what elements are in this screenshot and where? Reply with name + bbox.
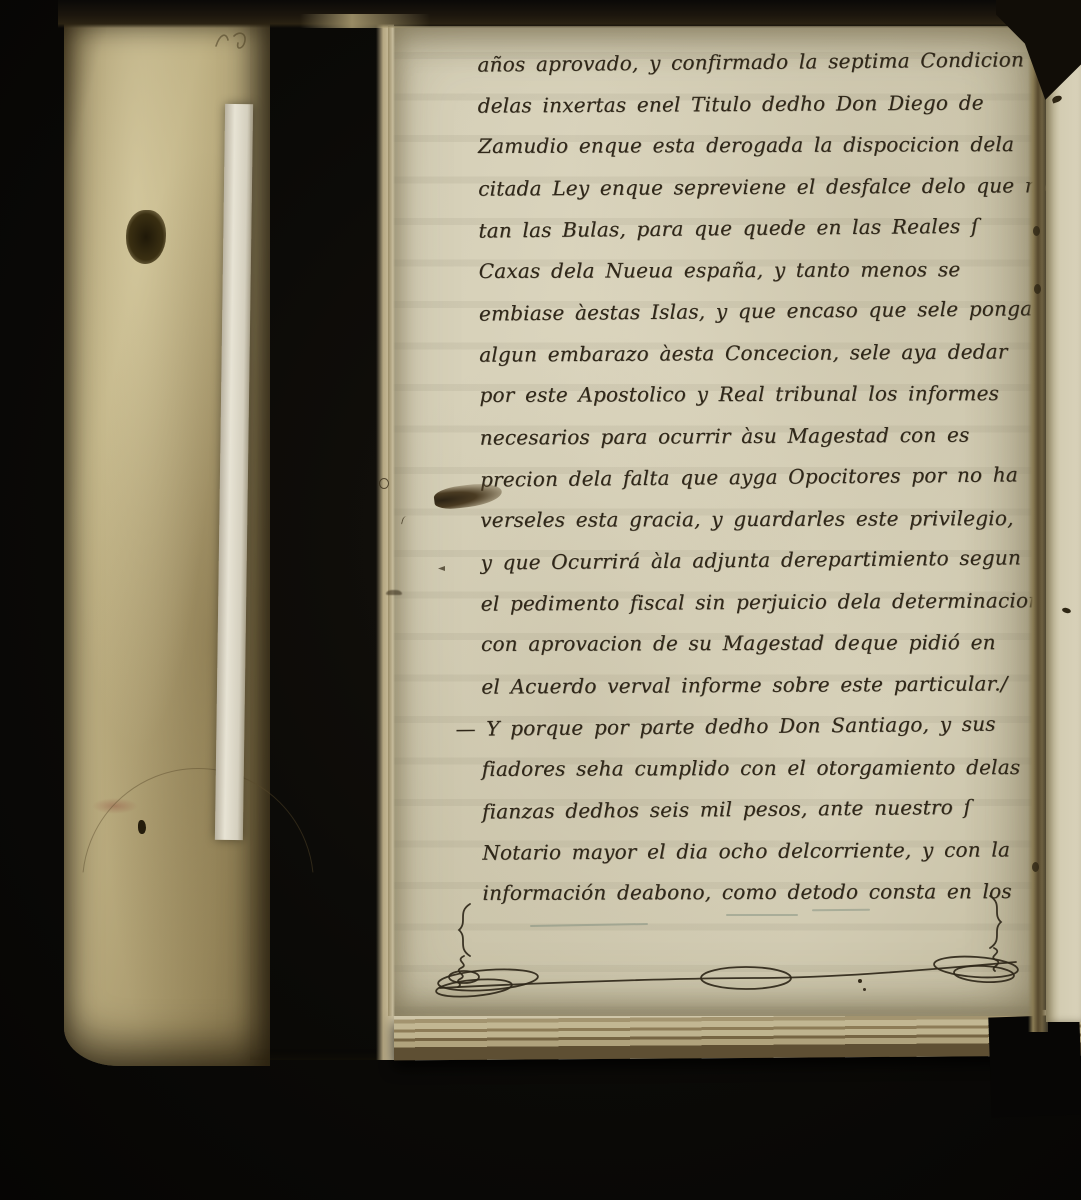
- manuscript-line: algun embarazo àesta Concecion, sele aya…: [479, 331, 1019, 376]
- gutter-crease: [1028, 0, 1048, 1032]
- manuscript-line: con aprovacion de su Magestad deque pidi…: [481, 622, 1021, 665]
- manuscript-line: precion dela falta que ayga Opocitores p…: [480, 454, 1020, 501]
- cover-hole-stain: [126, 210, 166, 264]
- manuscript-line: citada Ley enque sepreviene el desfalce …: [478, 165, 1018, 210]
- manuscript-line: Caxas dela Nueua españa, y tanto menos s…: [479, 249, 1019, 292]
- manuscript-page: años aprovado, y confirmado la septima C…: [388, 26, 1040, 1016]
- manuscript-line: el pedimento fiscal sin perjuicio dela d…: [481, 580, 1021, 625]
- manuscript-line: tan las Bulas, para que quede en las Rea…: [478, 205, 1018, 252]
- manuscript-line: embiase àestas Islas, y que encaso que s…: [479, 288, 1019, 335]
- cover-stain: [92, 798, 138, 814]
- manuscript-line: fianzas dedhos seis mil pesos, ante nues…: [482, 786, 1022, 833]
- margin-mark: [438, 566, 445, 571]
- manuscript-line: necesarios para ocurrir àsu Magestad con…: [480, 414, 1020, 459]
- margin-mark: [379, 478, 389, 489]
- manuscript-line: verseles esta gracia, y guardarles este …: [480, 498, 1020, 541]
- end-flourish-icon: [424, 832, 1024, 1002]
- manuscript-line: Zamudio enque esta derogada la dispocici…: [478, 124, 1018, 167]
- manuscript-line: el Acuerdo verval informe sobre este par…: [481, 663, 1021, 708]
- manuscript-line: fiadores seha cumplido con el otorgamien…: [482, 747, 1022, 790]
- manuscript-line: años aprovado, y confirmado la septima C…: [477, 39, 1017, 86]
- manuscript-line: delas inxertas enel Titulo dedho Don Die…: [478, 82, 1018, 127]
- page-bottom-edges: [394, 1010, 1081, 1061]
- photo-background: años aprovado, y confirmado la septima C…: [0, 0, 1081, 1200]
- manuscript-line: y que Ocurrirá àla adjunta derepartimien…: [480, 537, 1020, 584]
- cover-stain: [138, 820, 146, 834]
- margin-mark: [401, 515, 409, 525]
- facing-page-edge: [1046, 10, 1081, 1022]
- book-top-edge: [300, 14, 430, 28]
- handwritten-text-block: años aprovado, y confirmado la septima C…: [477, 40, 1022, 915]
- cover-ink-scribble: [210, 26, 254, 56]
- page-edge-stack: [250, 12, 394, 1060]
- manuscript-line: por este Apostolico y Real tribunal los …: [479, 373, 1019, 416]
- margin-mark: [386, 590, 402, 595]
- page-deckle-edge: [388, 26, 395, 1016]
- book-top-shadow: [58, 0, 1081, 28]
- manuscript-line: — Y porque por parte dedho Don Santiago,…: [481, 703, 1021, 750]
